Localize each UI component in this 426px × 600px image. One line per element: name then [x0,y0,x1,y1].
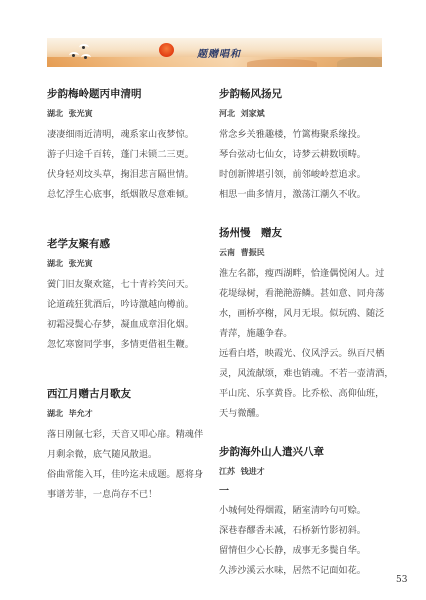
poem-author: 湖北 张光寅 [47,108,217,119]
poem: 步韵梅岭题丙申清明 湖北 张光寅 凄凄细雨近清明，魂系家山夜梦惊。 游子归途千百… [47,86,217,205]
poem-line: 深巷春醪香未减，石桥新竹影初斜。 [219,521,389,541]
page-number: 53 [396,575,407,585]
poem: 西江月赠古月歌友 湖北 毕允才 落日刚氤七彩，天音又叩心扉。精魂伴 月剩余微，底… [47,386,217,505]
poem: 老学友聚有感 湖北 张光寅 黉门旧友聚欢筵，七十青衿笑问天。 论道疏狂犹酒后，吟… [47,236,217,355]
poem-title: 扬州慢 赠友 [219,225,389,240]
header-banner: 题赠唱和 [47,38,382,67]
poem-line: 留情但少心长静，成事无多鬓自华。 [219,541,389,561]
poem-line: 花堤绿树，看滟滟游鳞。甚如意、同舟荡 [219,284,389,304]
poem-line: 凄凄细雨近清明，魂系家山夜梦惊。 [47,125,217,145]
poem-author: 江苏 钱进才 [219,466,389,477]
poem-line: 淮左名都，瘦西湖畔，恰逢偶悦闲人。过 [219,264,389,284]
poem-line: 平山庑、乐享黄昏。比乔松、高仰仙班， [219,384,389,404]
poem-title: 步韵梅岭题丙申清明 [47,86,217,101]
sun-icon [159,43,174,57]
poem-line: 小城何处得烟霞，陋室清吟句可赊。 [219,501,389,521]
poem-line: 事谱芳菲，一息尚存不已！ [47,485,217,505]
crane-icon [79,44,89,51]
poem-line: 初霜浸鬓心存梦，凝血成章泪化烟。 [47,315,217,335]
banner-hill-icon [247,59,317,67]
poem: 扬州慢 赠友 云南 曹振民 淮左名都，瘦西湖畔，恰逢偶悦闲人。过 花堤绿树，看滟… [219,225,389,424]
poem-author: 湖北 张光寅 [47,258,217,269]
poem-line: 远看白塔，映霞光、仪风浮云。纵百尺栖 [219,344,389,364]
poem-line: 伏身轻刈坟头草，掬泪悲言隔世情。 [47,165,217,185]
poem-title: 步韵畅风扬兄 [219,86,389,101]
poem-line: 相思一曲多情月，激荡江潮久不收。 [219,185,389,205]
poem-line: 天与微醺。 [219,404,389,424]
poem-line: 论道疏狂犹酒后，吟诗激越向樽前。 [47,295,217,315]
left-column: 步韵梅岭题丙申清明 湖北 张光寅 凄凄细雨近清明，魂系家山夜梦惊。 游子归途千百… [47,86,217,505]
poem-line: 久涉沙溪云水味，居然不记面如花。 [219,561,389,581]
poem-line: 水，画桥亭榭，风月无垠。似玩鸥、随泛 [219,304,389,324]
right-column: 步韵畅风扬兄 河北 刘家斌 常念乡关雅趣楼，竹篱梅聚系缘投。 琴台弦动七仙女，诗… [219,86,389,581]
poem-line: 总忆浮生心底事，纸烟散尽意难倾。 [47,185,217,205]
poem-line: 灵，风流献颂，难也销魂。不若一壶清酒， [219,364,389,384]
poem-title: 西江月赠古月歌友 [47,386,217,401]
poem: 步韵畅风扬兄 河北 刘家斌 常念乡关雅趣楼，竹篱梅聚系缘投。 琴台弦动七仙女，诗… [219,86,389,205]
poem-line: 忽忆寒窗同学事，多情更借祖生鞭。 [47,335,217,355]
poem-line: 月剩余微，底气随风散退。 [47,445,217,465]
poem-line: 俗曲常能入耳，佳吟迄未成题。愿将身 [47,465,217,485]
poem-author: 河北 刘家斌 [219,108,389,119]
poem-line: 青萍，施趣争春。 [219,324,389,344]
poem-line: 时创新牌堪引领，前邻峻岭惹追求。 [219,165,389,185]
poem-title: 老学友聚有感 [47,236,217,251]
section-title: 题赠唱和 [197,45,241,60]
section-number: 一 [219,483,389,501]
poem-line: 黉门旧友聚欢筵，七十青衿笑问天。 [47,275,217,295]
poem: 步韵海外山人遣兴八章 江苏 钱进才 一 小城何处得烟霞，陋室清吟句可赊。 深巷春… [219,444,389,581]
crane-icon [69,52,79,59]
poem-line: 落日刚氤七彩，天音又叩心扉。精魂伴 [47,425,217,445]
poem-title: 步韵海外山人遣兴八章 [219,444,389,459]
poem-author: 云南 曹振民 [219,247,389,258]
crane-icon [81,54,91,61]
poem-author: 湖北 毕允才 [47,408,217,419]
banner-hill-icon [337,57,382,67]
poem-line: 游子归途千百转，蓬门未锁二三更。 [47,145,217,165]
poem-line: 常念乡关雅趣楼，竹篱梅聚系缘投。 [219,125,389,145]
poem-line: 琴台弦动七仙女，诗梦云耕数顷畴。 [219,145,389,165]
